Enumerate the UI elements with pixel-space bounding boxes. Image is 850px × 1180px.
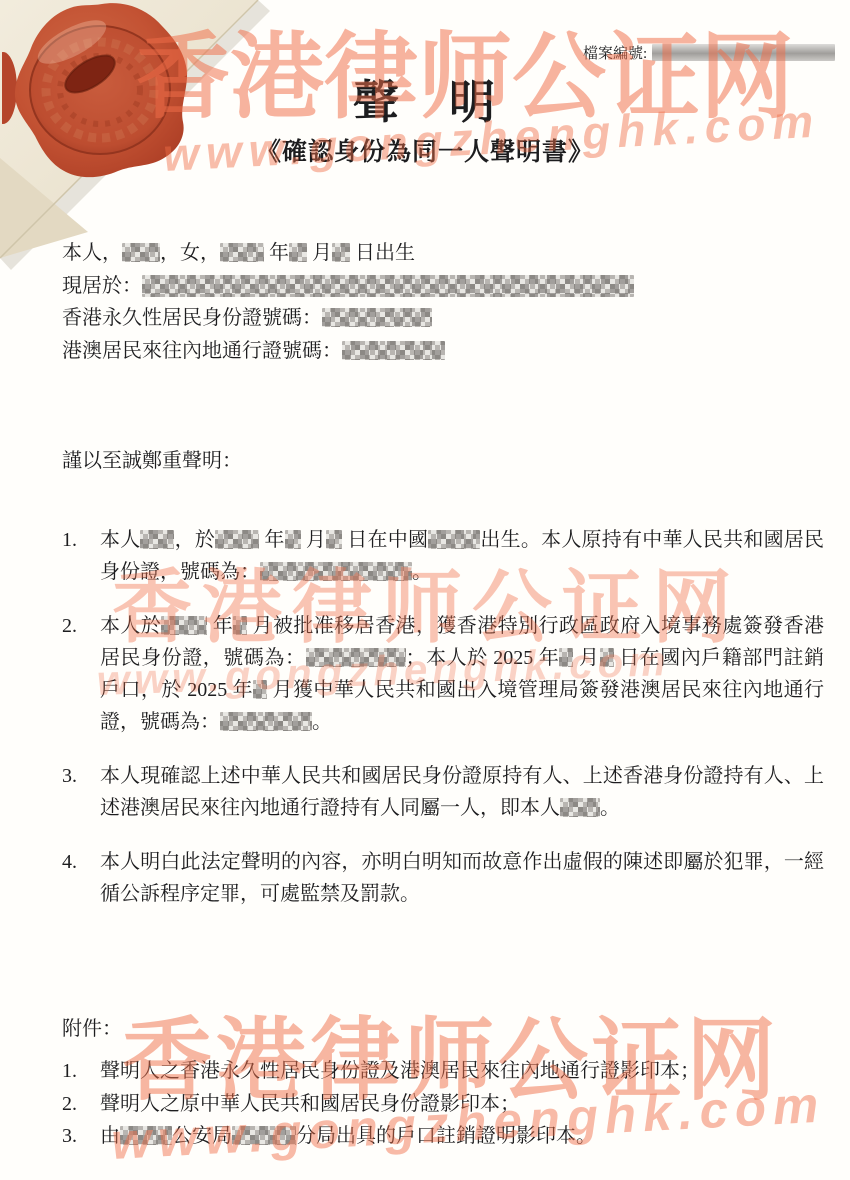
redacted-text bbox=[322, 308, 432, 327]
document-title: 聲 明 bbox=[0, 66, 850, 132]
text-segment: 日出生 bbox=[350, 242, 415, 264]
text-segment: 香港永久性居民身份證號碼： bbox=[62, 307, 322, 329]
attachment-number: 3. bbox=[62, 1120, 100, 1153]
redacted-text bbox=[232, 1126, 296, 1145]
redacted-text bbox=[326, 530, 342, 549]
redacted-text bbox=[215, 530, 259, 549]
redacted-text bbox=[559, 648, 573, 667]
text-segment: 聲明人之香港永久性居民身份證及港澳居民來往內地通行證影印本； bbox=[100, 1060, 700, 1082]
statement-list: 1. 本人，於 年 月 日在中國出生。本人原持有中華人民共和國居民身份證，號碼為… bbox=[62, 524, 824, 932]
redacted-text bbox=[560, 798, 600, 817]
redacted-text bbox=[142, 275, 634, 297]
text-segment: 聲明人之原中華人民共和國居民身份證影印本； bbox=[100, 1093, 520, 1115]
redacted-text bbox=[220, 243, 264, 262]
declarant-info: 本人，，女， 年 月 日出生 現居於： 香港永久性居民身份證號碼： 港澳居民來往… bbox=[62, 237, 822, 367]
statement-item: 4. 本人明白此法定聲明的內容，亦明白明知而故意作出虛假的陳述即屬於犯罪，一經循… bbox=[62, 846, 824, 910]
declarant-line-permit: 港澳居民來往內地通行證號碼： bbox=[62, 335, 822, 368]
attachment-list: 1. 聲明人之香港永久性居民身份證及港澳居民來往內地通行證影印本； 2. 聲明人… bbox=[62, 1055, 824, 1153]
redacted-text bbox=[260, 562, 412, 581]
text-segment: 。 bbox=[412, 561, 432, 583]
statement-number: 1. bbox=[62, 524, 100, 588]
attachment-number: 1. bbox=[62, 1055, 100, 1088]
attachment-text: 由公安局分局出具的戶口註銷證明影印本。 bbox=[100, 1120, 824, 1153]
statement-item: 3. 本人現確認上述中華人民共和國居民身份證原持有人、上述香港身份證持有人、上述… bbox=[62, 760, 824, 824]
redacted-text bbox=[220, 712, 312, 731]
text-segment: 。 bbox=[312, 711, 332, 733]
file-number-label: 檔案編號: bbox=[583, 42, 647, 63]
attachment-text: 聲明人之原中華人民共和國居民身份證影印本； bbox=[100, 1088, 824, 1121]
declarant-line-hkid: 香港永久性居民身份證號碼： bbox=[62, 302, 822, 335]
statement-number: 2. bbox=[62, 610, 100, 738]
text-segment: 月 bbox=[307, 242, 332, 264]
attachments-heading: 附件： bbox=[62, 1012, 122, 1041]
notarized-declaration-page: 檔案編號: 聲 明 《確認身份為同一人聲明書》 本人，，女， 年 月 日出生 現… bbox=[0, 0, 850, 1180]
redacted-text bbox=[233, 616, 247, 635]
redacted-text bbox=[140, 530, 174, 549]
attachment-text: 聲明人之香港永久性居民身份證及港澳居民來往內地通行證影印本； bbox=[100, 1055, 824, 1088]
text-segment: 年 bbox=[259, 529, 284, 551]
redacted-text bbox=[428, 530, 480, 549]
text-segment: 年 bbox=[207, 615, 233, 637]
declaration-heading: 謹以至誠鄭重聲明： bbox=[62, 444, 242, 473]
document-subtitle: 《確認身份為同一人聲明書》 bbox=[0, 132, 850, 168]
text-segment: 日在中國 bbox=[342, 529, 428, 551]
text-segment: 分局出具的戶口註銷證明影印本。 bbox=[296, 1125, 596, 1147]
attachment-item: 1. 聲明人之香港永久性居民身份證及港澳居民來往內地通行證影印本； bbox=[62, 1055, 824, 1088]
text-segment: 本人， bbox=[62, 242, 122, 264]
statement-item: 1. 本人，於 年 月 日在中國出生。本人原持有中華人民共和國居民身份證，號碼為… bbox=[62, 524, 824, 588]
redacted-text bbox=[289, 243, 307, 262]
statement-text: 本人於 年 月被批准移居香港，獲香港特別行政區政府入境事務處簽發香港居民身份證，… bbox=[100, 610, 824, 738]
text-segment: 本人現確認上述中華人民共和國居民身份證原持有人、上述香港身份證持有人、上述港澳居… bbox=[100, 765, 824, 819]
redacted-text bbox=[332, 243, 350, 262]
text-segment: 月 bbox=[301, 529, 326, 551]
statement-text: 本人，於 年 月 日在中國出生。本人原持有中華人民共和國居民身份證，號碼為：。 bbox=[100, 524, 824, 588]
text-segment: 現居於： bbox=[62, 275, 142, 297]
text-segment: 港澳居民來往內地通行證號碼： bbox=[62, 340, 342, 362]
text-segment: 。 bbox=[600, 797, 620, 819]
text-segment: ，女， bbox=[160, 242, 220, 264]
redacted-text bbox=[161, 616, 207, 635]
text-segment: 本人明白此法定聲明的內容，亦明白明知而故意作出虛假的陳述即屬於犯罪，一經循公訴程… bbox=[100, 851, 824, 905]
statement-text: 本人明白此法定聲明的內容，亦明白明知而故意作出虛假的陳述即屬於犯罪，一經循公訴程… bbox=[100, 846, 824, 910]
text-segment: 本人 bbox=[100, 529, 140, 551]
file-number-redacted bbox=[652, 44, 835, 61]
statement-number: 4. bbox=[62, 846, 100, 910]
text-segment: ；本人於 2025 年 bbox=[406, 647, 560, 669]
text-segment: 本人於 bbox=[100, 615, 161, 637]
attachment-number: 2. bbox=[62, 1088, 100, 1121]
redacted-text bbox=[342, 341, 445, 360]
text-segment: 月 bbox=[573, 647, 599, 669]
redacted-text bbox=[253, 680, 267, 699]
redacted-text bbox=[285, 530, 301, 549]
declarant-line-name-dob: 本人，，女， 年 月 日出生 bbox=[62, 237, 822, 270]
redacted-text bbox=[306, 648, 406, 667]
text-segment: 年 bbox=[264, 242, 289, 264]
redacted-text bbox=[600, 648, 614, 667]
statement-item: 2. 本人於 年 月被批准移居香港，獲香港特別行政區政府入境事務處簽發香港居民身… bbox=[62, 610, 824, 738]
attachment-item: 2. 聲明人之原中華人民共和國居民身份證影印本； bbox=[62, 1088, 824, 1121]
redacted-text bbox=[120, 1126, 172, 1145]
text-segment: 公安局 bbox=[172, 1125, 232, 1147]
text-segment: ，於 bbox=[174, 529, 215, 551]
attachment-item: 3. 由公安局分局出具的戶口註銷證明影印本。 bbox=[62, 1120, 824, 1153]
redacted-text bbox=[122, 243, 160, 262]
file-number-row: 檔案編號: bbox=[583, 42, 835, 63]
statement-text: 本人現確認上述中華人民共和國居民身份證原持有人、上述香港身份證持有人、上述港澳居… bbox=[100, 760, 824, 824]
text-segment: 由 bbox=[100, 1125, 120, 1147]
declarant-line-address: 現居於： bbox=[62, 270, 822, 303]
statement-number: 3. bbox=[62, 760, 100, 824]
